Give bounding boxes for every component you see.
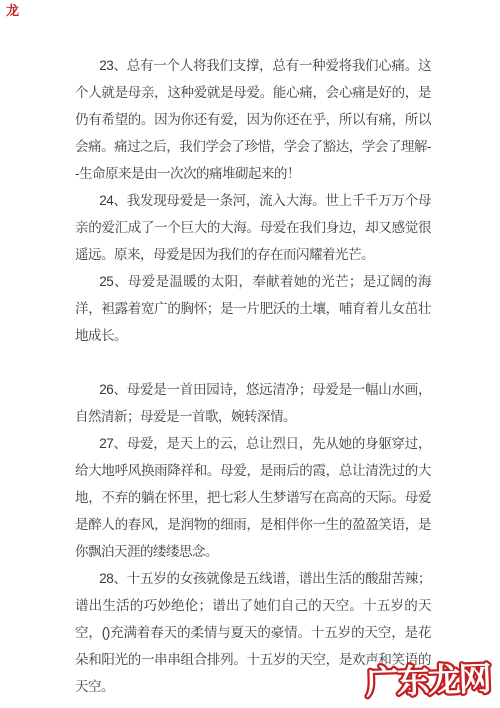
- paragraph-24: 24、我发现母爱是一条河，流入大海。世上千千万万个母亲的爱汇成了一个巨大的大海。…: [75, 187, 431, 268]
- document-body: 23、总有一个人将我们支撑，总有一种爱将我们心痛。这个人就是母亲，这种爱就是母爱…: [75, 52, 431, 700]
- paragraph-27: 27、母爱，是天上的云，总让烈日，先从她的身躯穿过，给大地呼风换雨降祥和。母爱，…: [75, 430, 431, 565]
- paragraph-26: 26、母爱是一首田园诗，悠远清净；母爱是一幅山水画，自然清新；母爱是一首歌，婉转…: [75, 376, 431, 430]
- watermark-text: 广东龙网: [365, 660, 491, 701]
- paragraph-23: 23、总有一个人将我们支撑，总有一种爱将我们心痛。这个人就是母亲，这种爱就是母爱…: [75, 52, 431, 187]
- site-watermark: 广东龙网: [354, 650, 494, 704]
- paragraph-25: 25、母爱是温暖的太阳，奉献着她的光芒；是辽阔的海洋，袒露着宽广的胸怀；是一片肥…: [75, 268, 431, 349]
- corner-seal-mark: 龙: [6, 4, 19, 17]
